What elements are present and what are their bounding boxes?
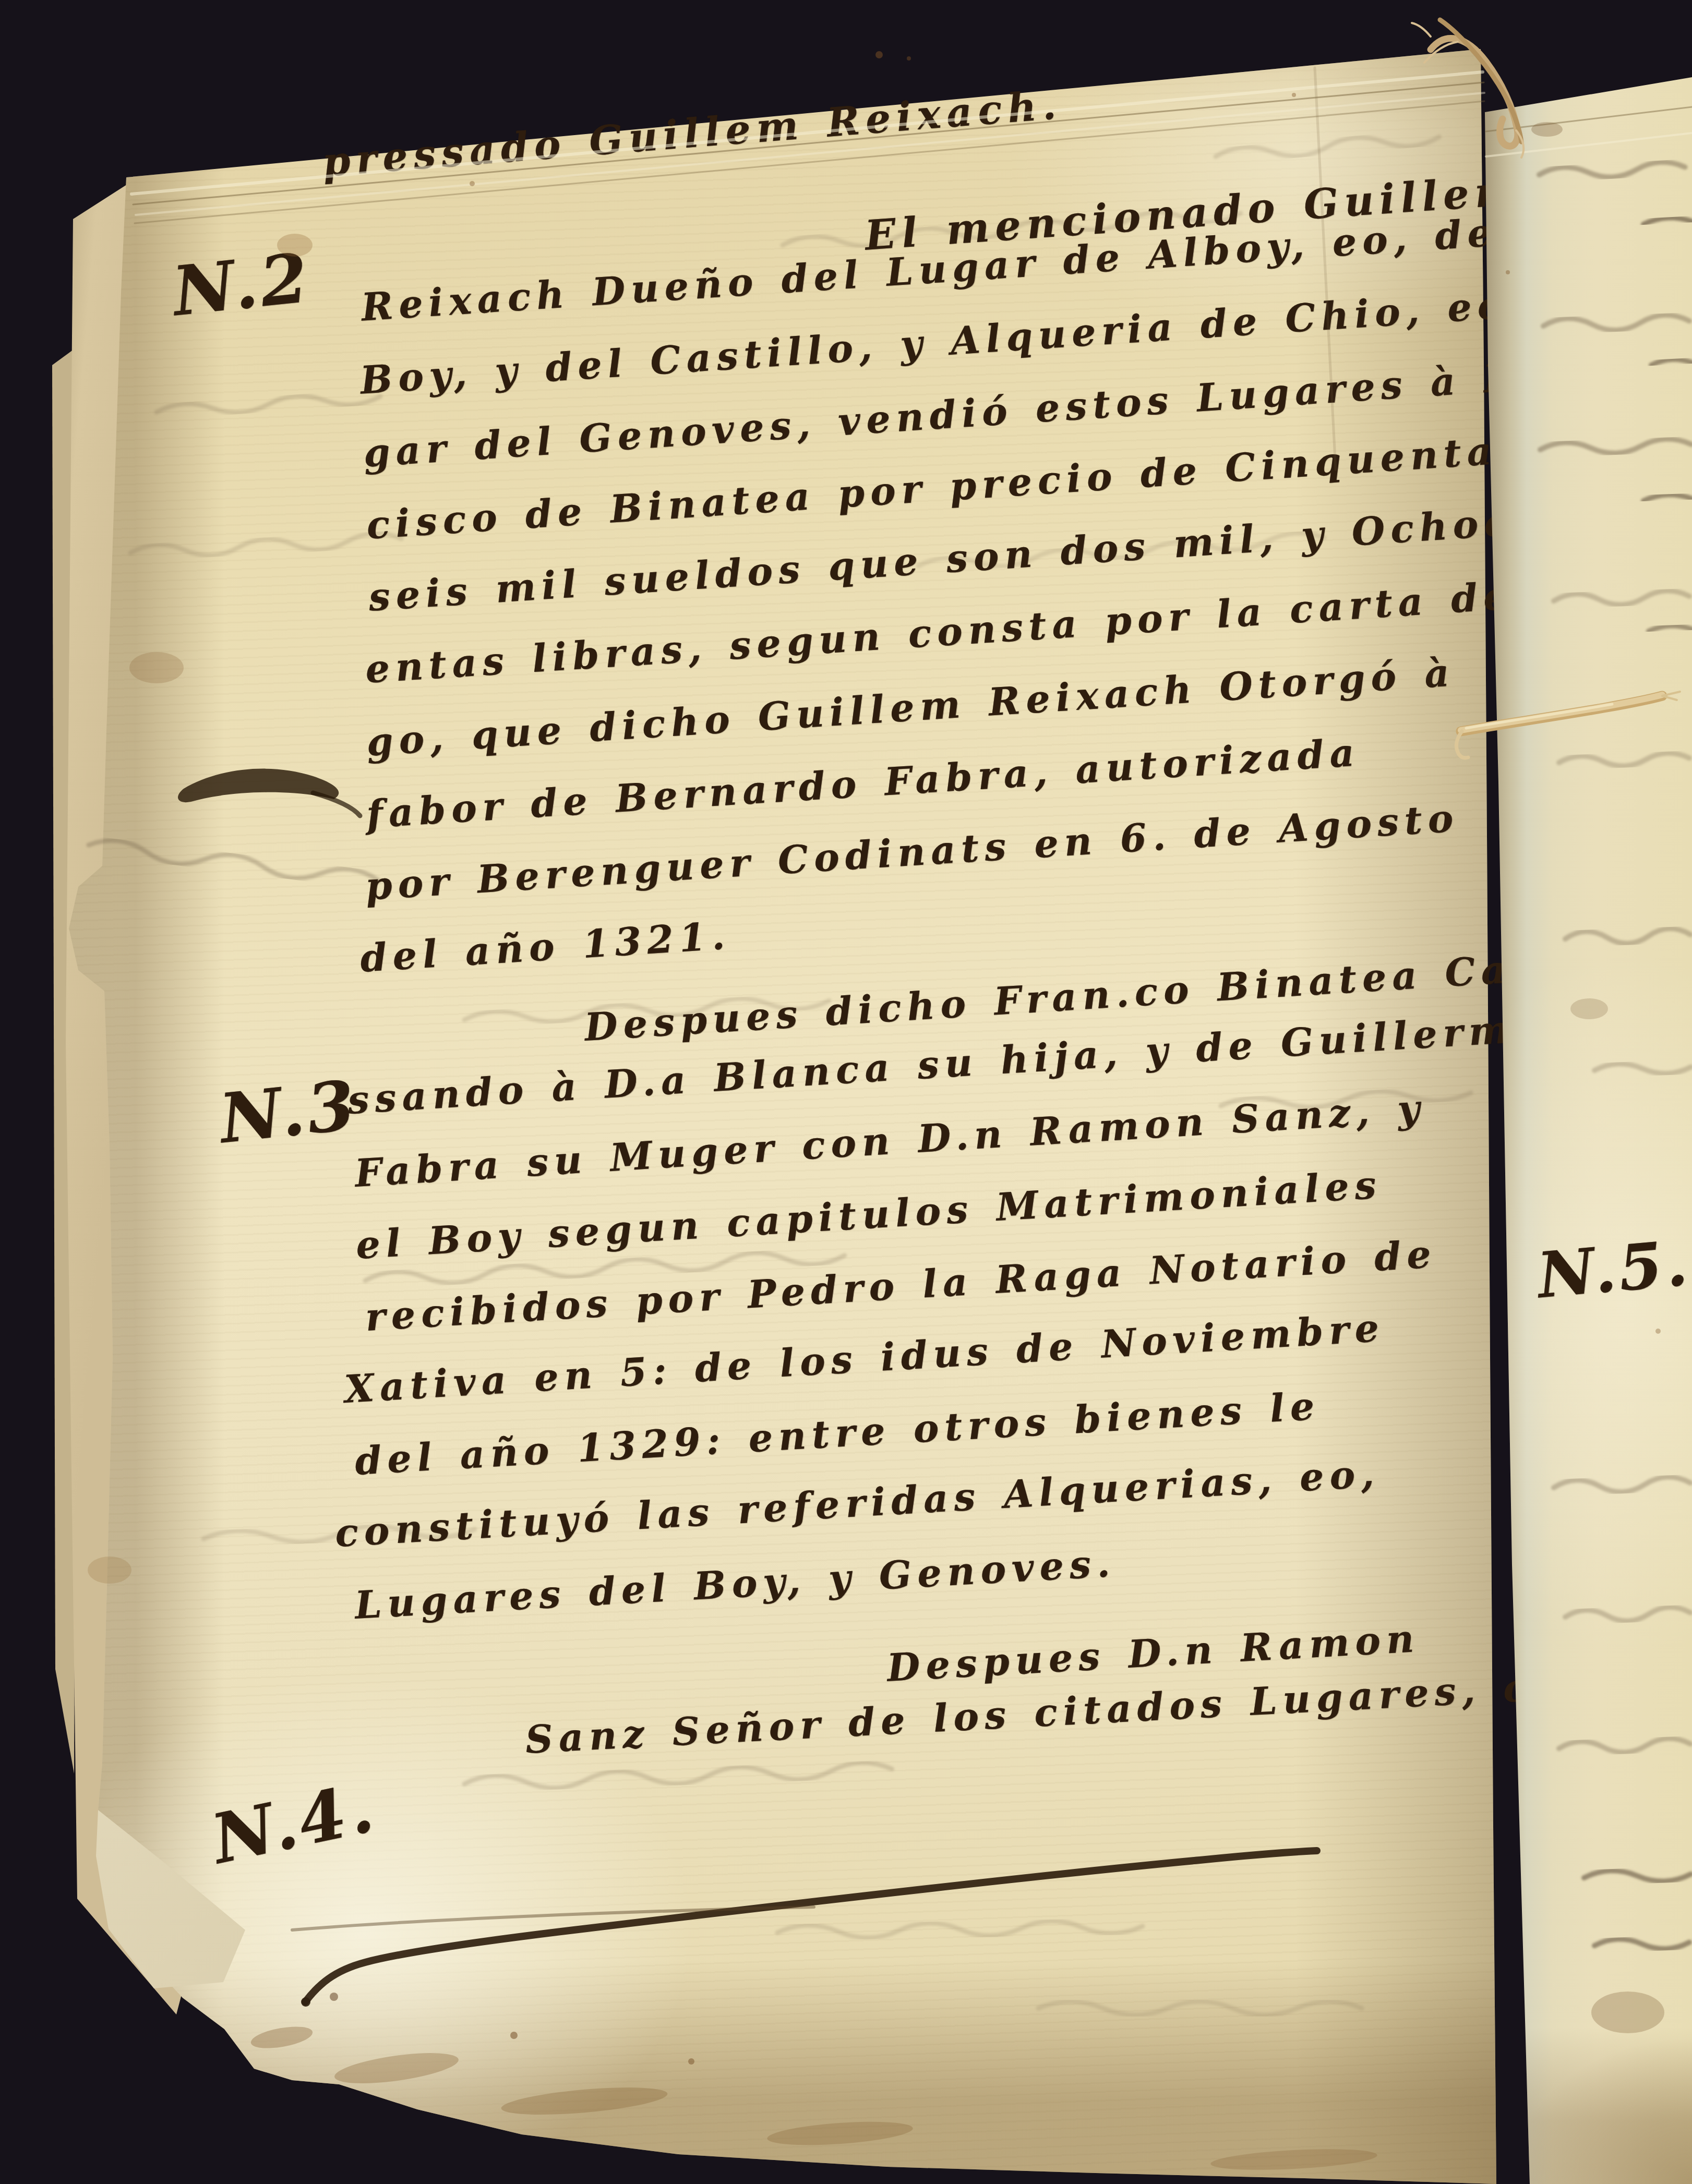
foxing-stains <box>88 51 1664 2173</box>
binding-thread-right <box>1456 692 1680 758</box>
ink-blot <box>178 769 360 816</box>
page-creases <box>131 68 1692 469</box>
archive-photograph: { "palette": { "background": "#16121a", … <box>0 0 1692 2184</box>
decoration-layer <box>0 0 1692 2184</box>
ink-flourish-underline <box>292 1851 1317 2007</box>
binding-thread-top <box>1412 20 1523 158</box>
